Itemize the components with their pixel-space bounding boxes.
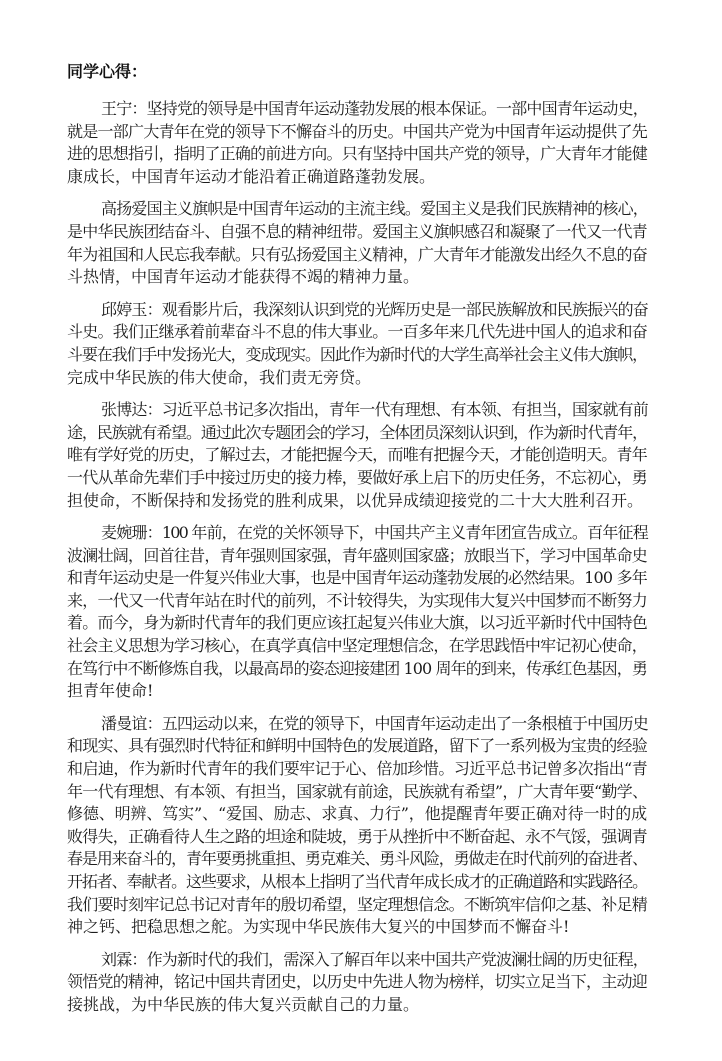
paragraph-line: 开拓者、奉献者。这些要求，从根本上指明了当代青年成长成才的正确道路和实践路径。 [67, 871, 647, 894]
reflection-paragraph: 王宁：坚持党的领导是中国青年运动蓬勃发展的根本保证。一部中国青年运动史，就是一部… [67, 98, 647, 188]
paragraph-line: 邱婷玉：观看影片后，我深刻认识到党的光辉历史是一部民族解放和民族振兴的奋 [67, 299, 647, 322]
paragraph-line: 着。而今，身为新时代青年的我们更应该扛起复兴伟业大旗，以习近平新时代中国特色 [67, 612, 647, 635]
paragraph-line: 就是一部广大青年在党的领导下不懈奋斗的历史。中国共产党为中国青年运动提供了先 [67, 121, 647, 144]
paragraph-line: 斗热情，中国青年运动才能获得不竭的精神力量。 [67, 266, 647, 289]
paragraph-line: 张博达：习近平总书记多次指出，青年一代有理想、有本领、有担当，国家就有前 [67, 399, 647, 422]
paragraph-line: 潘曼谊：五四运动以来，在党的领导下，中国青年运动走出了一条根植于中国历史 [67, 713, 647, 736]
paragraph-line: 唯有学好党的历史，了解过去，才能把握今天，而唯有把握今天，才能创造明天。青年 [67, 444, 647, 467]
paragraph-line: 接挑战，为中华民族的伟大复兴贡献自己的力量。 [67, 994, 647, 1017]
paragraph-line: 和启迪，作为新时代青年的我们要牢记于心、倍加珍惜。习近平总书记曾多次指出“青 [67, 758, 647, 781]
reflection-paragraph: 潘曼谊：五四运动以来，在党的领导下，中国青年运动走出了一条根植于中国历史和现实、… [67, 713, 647, 939]
paragraph-line: 和青年运动史是一件复兴伟业大事，也是中国青年运动蓬勃发展的必然结果。100 多年 [67, 567, 647, 590]
paragraph-line: 途，民族就有希望。通过此次专题团会的学习，全体团员深刻认识到，作为新时代青年， [67, 422, 647, 445]
paragraph-line: 刘霖：作为新时代的我们，需深入了解百年以来中国共产党波澜壮阔的历史征程， [67, 949, 647, 972]
paragraph-line: 担青年使命! [67, 680, 647, 703]
paragraph-line: 年一代有理想、有本领、有担当，国家就有前途，民族就有希望”，广大青年要“勤学、 [67, 781, 647, 804]
paragraph-line: 担使命，不断保持和发扬党的胜利成果，以优异成绩迎接党的二十大大胜利召开。 [67, 490, 647, 513]
paragraph-line: 斗要在我们手中发扬光大，变成现实。因此作为新时代的大学生高举社会主义伟大旗帜， [67, 344, 647, 367]
paragraph-line: 进的思想指引，指明了正确的前进方向。只有坚持中国共产党的领导，广大青年才能健 [67, 143, 647, 166]
paragraph-line: 败得失，正确看待人生之路的坦途和陡坡，勇于从挫折中不断奋起、永不气馁，强调青 [67, 826, 647, 849]
paragraph-line: 和现实、具有强烈时代特征和鲜明中国特色的发展道路，留下了一系列极为宝贵的经验 [67, 735, 647, 758]
paragraph-line: 来，一代又一代青年站在时代的前列，不计较得失，为实现伟大复兴中国梦而不断努力 [67, 590, 647, 613]
paragraph-line: 领悟党的精神，铭记中国共青团史，以历史中先进人物为榜样，切实立足当下，主动迎 [67, 971, 647, 994]
paragraph-line: 修德、明辨、笃实”、“爱国、励志、求真、力行”，他提醒青年要正确对待一时的成 [67, 803, 647, 826]
reflection-paragraph: 高扬爱国主义旗帜是中国青年运动的主流主线。爱国主义是我们民族精神的核心，是中华民… [67, 198, 647, 288]
paragraph-line: 春是用来奋斗的，青年要勇挑重担、勇克难关、勇斗风险，勇做走在时代前列的奋进者、 [67, 848, 647, 871]
paragraph-line: 我们要时刻牢记总书记对青年的殷切希望，坚定理想信念。不断筑牢信仰之基、补足精 [67, 894, 647, 917]
paragraph-line: 在笃行中不断修炼自我，以最高昂的姿态迎接建团 100 周年的到来，传承红色基因，… [67, 658, 647, 681]
reflection-paragraph: 刘霖：作为新时代的我们，需深入了解百年以来中国共产党波澜壮阔的历史征程，领悟党的… [67, 949, 647, 1017]
paragraph-line: 社会主义思想为学习核心，在真学真信中坚定理想信念，在学思践悟中牢记初心使命， [67, 635, 647, 658]
paragraph-line: 是中华民族团结奋斗、自强不息的精神纽带。爱国主义旗帜感召和凝聚了一代又一代青 [67, 221, 647, 244]
paragraph-line: 康成长，中国青年运动才能沿着正确道路蓬勃发展。 [67, 166, 647, 189]
reflection-paragraph: 张博达：习近平总书记多次指出，青年一代有理想、有本领、有担当，国家就有前途，民族… [67, 399, 647, 512]
paragraph-line: 年为祖国和人民忘我奉献。只有弘扬爱国主义精神，广大青年才能激发出经久不息的奋 [67, 244, 647, 267]
paragraph-line: 高扬爱国主义旗帜是中国青年运动的主流主线。爱国主义是我们民族精神的核心， [67, 198, 647, 221]
reflection-paragraph: 邱婷玉：观看影片后，我深刻认识到党的光辉历史是一部民族解放和民族振兴的奋斗史。我… [67, 299, 647, 389]
document-page: 同学心得： 王宁：坚持党的领导是中国青年运动蓬勃发展的根本保证。一部中国青年运动… [67, 60, 647, 1027]
paragraph-line: 波澜壮阔，回首往昔，青年强则国家强，青年盛则国家盛；放眼当下，学习中国革命史 [67, 545, 647, 568]
section-heading: 同学心得： [67, 60, 647, 84]
paragraph-line: 斗史。我们正继承着前辈奋斗不息的伟大事业。一百多年来几代先进中国人的追求和奋 [67, 321, 647, 344]
paragraph-line: 神之钙、把稳思想之舵。为实现中华民族伟大复兴的中国梦而不懈奋斗! [67, 916, 647, 939]
reflection-paragraph: 麦婉珊：100 年前，在党的关怀领导下，中国共产主义青年团宣告成立。百年征程波澜… [67, 522, 647, 703]
reflections-body: 王宁：坚持党的领导是中国青年运动蓬勃发展的根本保证。一部中国青年运动史，就是一部… [67, 98, 647, 1017]
paragraph-line: 完成中华民族的伟大使命，我们责无旁贷。 [67, 367, 647, 390]
paragraph-line: 一代从革命先辈们手中接过历史的接力棒，要做好承上启下的历史任务，不忘初心，勇 [67, 467, 647, 490]
paragraph-line: 麦婉珊：100 年前，在党的关怀领导下，中国共产主义青年团宣告成立。百年征程 [67, 522, 647, 545]
paragraph-line: 王宁：坚持党的领导是中国青年运动蓬勃发展的根本保证。一部中国青年运动史， [67, 98, 647, 121]
